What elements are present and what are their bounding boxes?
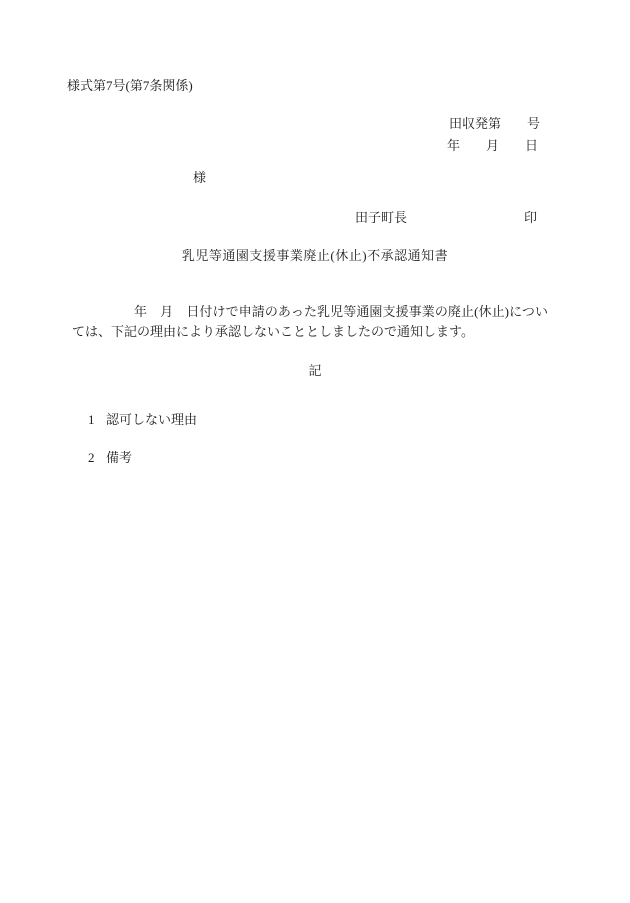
issuer-line: 田子町長 印 (355, 210, 537, 226)
list-item-remarks: 2備考 (75, 434, 132, 481)
seal-mark: 印 (524, 210, 537, 226)
document-number-line: 田収発第 号 (449, 116, 540, 132)
item-number: 1 (88, 412, 106, 428)
addressee-suffix: 様 (193, 170, 206, 186)
body-paragraph: 年 月 日付けで申請のあった乳児等通園支援事業の廃止(休止)については、下記の理… (72, 302, 548, 342)
item-label: 備考 (106, 450, 132, 465)
record-marker: 記 (0, 363, 630, 379)
issuer-title: 田子町長 (355, 210, 407, 226)
document-page: 様式第7号(第7条関係) 田収発第 号 年 月 日 様 田子町長 印 乳児等通園… (0, 0, 630, 903)
item-number: 2 (88, 450, 106, 466)
date-line: 年 月 日 (447, 138, 538, 154)
item-label: 認可しない理由 (106, 412, 197, 427)
form-number-label: 様式第7号(第7条関係) (67, 78, 193, 94)
document-title: 乳児等通園支援事業廃止(休止)不承認通知書 (0, 248, 630, 264)
